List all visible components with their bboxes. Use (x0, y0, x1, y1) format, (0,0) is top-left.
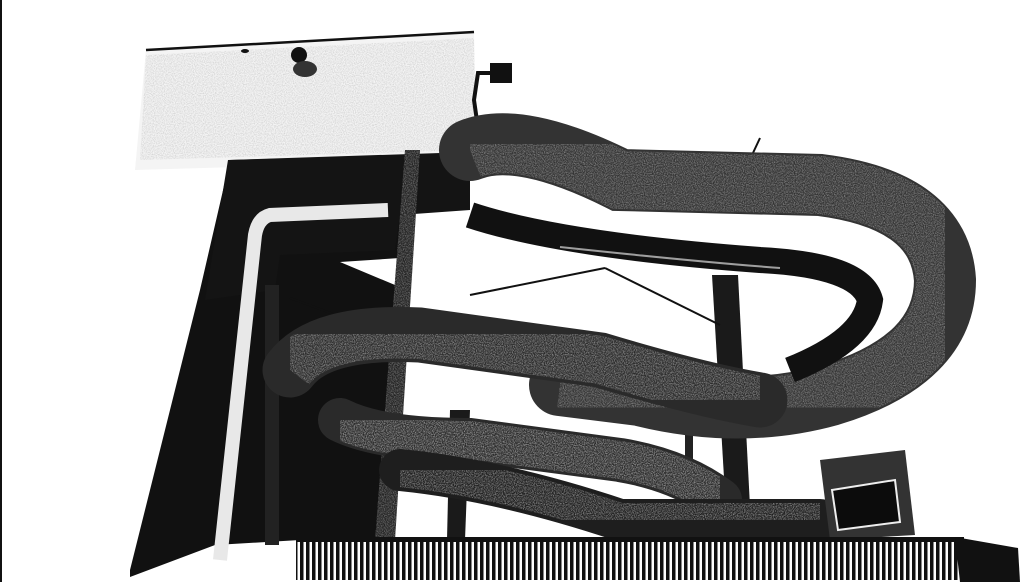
edge-line (0, 0, 2, 582)
rear-column (265, 285, 279, 545)
water-slide-photo (0, 0, 1024, 582)
equipment-box (820, 450, 915, 540)
corrugated-fence (296, 537, 1020, 582)
